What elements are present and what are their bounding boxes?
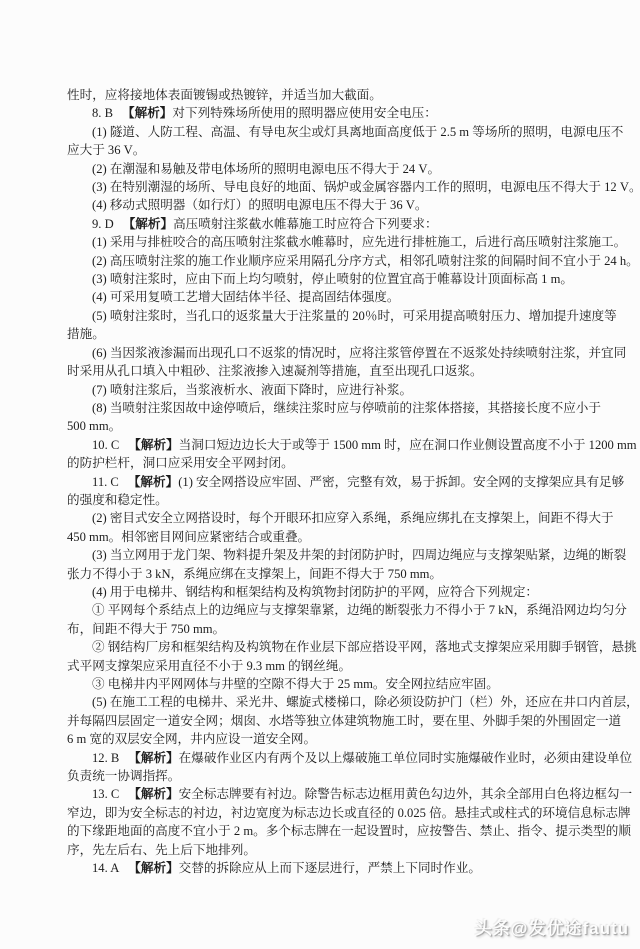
text-line: 性时，应将接地体表面镀锡或热镀锌，并适当加大截面。 bbox=[67, 86, 625, 104]
text-line: 窄边，即为安全标志的衬边，衬边宽度为标志边长或直径的 0.025 倍。悬挂式或柱… bbox=[67, 804, 625, 822]
text-segment: (2) 密目式安全立网搭设时，每个开眼环扣应穿入系绳，系绳应绑扎在支撑架上，间距… bbox=[92, 511, 614, 525]
text-line: 的防护栏杆，洞口应采用安全平网封闭。 bbox=[67, 454, 625, 472]
text-segment: (3) 当立网用于龙门架、物料提升架及井架的封闭防护时，四周边绳应与支撑架贴紧，… bbox=[92, 548, 626, 562]
text-segment: 安全标志牌要有衬边。除警告标志边框用黄色勾边外，其余全部用白色将边框勾一 bbox=[179, 787, 632, 801]
question-number: 9. D bbox=[92, 217, 114, 231]
text-line: 11. C【解析】(1) 安全网搭设应牢固、严密，完整有效，易于拆卸。安全网的支… bbox=[67, 473, 625, 491]
text-line: 时采用从孔口填入中粗砂、注浆液掺入速凝剂等措施，直至出现孔口返浆。 bbox=[67, 362, 625, 380]
text-segment: 窄边，即为安全标志的衬边，衬边宽度为标志边长或直径的 0.025 倍。悬挂式或柱… bbox=[67, 806, 631, 820]
text-segment: (4) 可采用复喷工艺增大固结体半径、提高固结体强度。 bbox=[92, 290, 400, 304]
text-line: 张力不得小于 3 kN，系绳应绑在支撑架上，间距不得大于 750 mm。 bbox=[67, 565, 625, 583]
text-segment: 负责统一协调指挥。 bbox=[67, 769, 180, 783]
text-line: (1) 隧道、人防工程、高温、有导电灰尘或灯具离地面高度低于 2.5 m 等场所… bbox=[67, 123, 625, 141]
text-segment: (3) 喷射注浆时，应由下而上均匀喷射，停止喷射的位置宜高于帷幕设计顶面标高 1… bbox=[92, 272, 573, 286]
text-line: ③ 电梯井内平网网体与井壁的空隙不得大于 25 mm。安全网拉结应牢固。 bbox=[67, 675, 625, 693]
analysis-tag: 【解析】 bbox=[123, 217, 173, 231]
question-number: 12. B bbox=[92, 751, 119, 765]
text-line: ② 钢结构厂房和框架结构及构筑物在作业层下部应搭设平网，落地式支撑架应采用脚手钢… bbox=[67, 638, 625, 656]
text-line: (2) 密目式安全立网搭设时，每个开眼环扣应穿入系绳，系绳应绑扎在支撑架上，间距… bbox=[67, 509, 625, 527]
text-line: 措施。 bbox=[67, 325, 625, 343]
text-line: (3) 当立网用于龙门架、物料提升架及井架的封闭防护时，四周边绳应与支撑架贴紧，… bbox=[67, 546, 625, 564]
question-number: 8. B bbox=[92, 106, 113, 120]
text-segment: 在爆破作业区内有两个及以上爆破施工单位同时实施爆破作业时，必须由建设单位 bbox=[179, 751, 632, 765]
analysis-tag: 【解析】 bbox=[128, 787, 178, 801]
text-segment: 500 mm。 bbox=[67, 419, 121, 433]
text-segment: 措施。 bbox=[67, 327, 105, 341]
text-segment: 性时，应将接地体表面镀锡或热镀锌，并适当加大截面。 bbox=[67, 88, 382, 102]
text-segment: 的下缘距地面的高度不宜小于 2 m。多个标志牌在一起设置时，应按警告、禁止、指令… bbox=[67, 824, 631, 838]
text-line: 450 mm。相邻密目网间应紧密结合或重叠。 bbox=[67, 528, 625, 546]
text-segment: (8) 当喷射注浆因故中途停喷后，继续注浆时应与停喷前的注浆体搭接，其搭接长度不… bbox=[92, 401, 601, 415]
text-segment: ① 平网每个系结点上的边绳应与支撑架靠紧，边绳的断裂张力不得小于 7 kN，系绳… bbox=[92, 603, 627, 617]
text-segment: (6) 当因浆液渗漏而出现孔口不返浆的情况时，应将注浆管停置在不返浆处持续喷射注… bbox=[92, 346, 626, 360]
question-number: 10. C bbox=[92, 438, 119, 452]
text-line: 序，先左后右、先上后下地排列。 bbox=[67, 841, 625, 859]
question-number: 13. C bbox=[92, 787, 119, 801]
text-line: 14. A【解析】交替的拆除应从上而下逐层进行，严禁上下同时作业。 bbox=[67, 859, 625, 877]
text-segment: 高压喷射注浆截水帷幕施工时应符合下列要求： bbox=[173, 217, 437, 231]
text-segment: 并每隔四层固定一道安全网；烟囱、水塔等独立体建筑物施工时，要在里、外脚手架的外围… bbox=[67, 714, 621, 728]
answer-explanations-text: 性时，应将接地体表面镀锡或热镀锌，并适当加大截面。8. B【解析】对下列特殊场所… bbox=[67, 86, 625, 877]
text-line: 6 m 宽的双层安全网，井内应设一道安全网。 bbox=[67, 730, 625, 748]
text-segment: 布，间距不得大于 750 mm。 bbox=[67, 622, 225, 636]
text-line: 9. D【解析】高压喷射注浆截水帷幕施工时应符合下列要求： bbox=[67, 215, 625, 233]
text-segment: 6 m 宽的双层安全网，井内应设一道安全网。 bbox=[67, 732, 316, 746]
text-segment: 当洞口短边边长大于或等于 1500 mm 时，应在洞口作业侧设置高度不小于 12… bbox=[179, 438, 637, 452]
text-segment: (2) 在潮湿和易触及带电体场所的照明电源电压不得大于 24 V。 bbox=[92, 162, 440, 176]
text-line: (7) 喷射注浆后，当浆液析水、液面下降时，应进行补浆。 bbox=[67, 381, 625, 399]
text-line: (8) 当喷射注浆因故中途停喷后，继续注浆时应与停喷前的注浆体搭接，其搭接长度不… bbox=[67, 399, 625, 417]
text-segment: 450 mm。相邻密目网间应紧密结合或重叠。 bbox=[67, 530, 310, 544]
text-segment: 式平网支撑架应采用直径不小于 9.3 mm 的钢丝绳。 bbox=[67, 659, 351, 673]
question-number: 11. C bbox=[92, 475, 119, 489]
text-line: 应大于 36 V。 bbox=[67, 141, 625, 159]
text-line: 的强度和稳定性。 bbox=[67, 491, 625, 509]
text-segment: (5) 在施工工程的电梯井、采光井、螺旋式楼梯口，除必须设防护门（栏）外，还应在… bbox=[92, 695, 639, 709]
text-line: 布，间距不得大于 750 mm。 bbox=[67, 620, 625, 638]
analysis-tag: 【解析】 bbox=[128, 438, 178, 452]
text-line: 12. B【解析】在爆破作业区内有两个及以上爆破施工单位同时实施爆破作业时，必须… bbox=[67, 749, 625, 767]
text-segment: 的强度和稳定性。 bbox=[67, 493, 168, 507]
question-number: 14. A bbox=[92, 861, 119, 875]
text-segment: 的防护栏杆，洞口应采用安全平网封闭。 bbox=[67, 456, 294, 470]
text-segment: (1) 隧道、人防工程、高温、有导电灰尘或灯具离地面高度低于 2.5 m 等场所… bbox=[92, 125, 623, 139]
text-line: (2) 在潮湿和易触及带电体场所的照明电源电压不得大于 24 V。 bbox=[67, 160, 625, 178]
scanned-document-page: 性时，应将接地体表面镀锡或热镀锌，并适当加大截面。8. B【解析】对下列特殊场所… bbox=[0, 0, 640, 949]
text-line: 8. B【解析】对下列特殊场所使用的照明器应使用安全电压： bbox=[67, 104, 625, 122]
text-line: ① 平网每个系结点上的边绳应与支撑架靠紧，边绳的断裂张力不得小于 7 kN，系绳… bbox=[67, 601, 625, 619]
text-line: 500 mm。 bbox=[67, 417, 625, 435]
text-segment: (4) 移动式照明器（如行灯）的照明电源电压不得大于 36 V。 bbox=[92, 198, 427, 212]
analysis-tag: 【解析】 bbox=[128, 475, 178, 489]
text-segment: 张力不得小于 3 kN，系绳应绑在支撑架上，间距不得大于 750 mm。 bbox=[67, 567, 442, 581]
text-line: (4) 用于电梯井、钢结构和框架结构及构筑物封闭防护的平网，应符合下列规定： bbox=[67, 583, 625, 601]
text-line: (1) 采用与排桩咬合的高压喷射注浆截水帷幕时，应先进行排桩施工，后进行高压喷射… bbox=[67, 233, 625, 251]
watermark: 头条@发优途fautu bbox=[475, 914, 629, 939]
analysis-tag: 【解析】 bbox=[122, 106, 172, 120]
text-segment: (1) 安全网搭设应牢固、严密，完整有效，易于拆卸。安全网的支撑架应具有足够 bbox=[178, 475, 624, 489]
analysis-tag: 【解析】 bbox=[128, 751, 178, 765]
text-line: 式平网支撑架应采用直径不小于 9.3 mm 的钢丝绳。 bbox=[67, 657, 625, 675]
text-line: (3) 在特别潮湿的场所、导电良好的地面、锅炉或金属容器内工作的照明，电源电压不… bbox=[67, 178, 625, 196]
text-line: (2) 高压喷射注浆的施工作业顺序应采用隔孔分序方式，相邻孔喷射注浆的间隔时间不… bbox=[67, 252, 625, 270]
text-segment: (2) 高压喷射注浆的施工作业顺序应采用隔孔分序方式，相邻孔喷射注浆的间隔时间不… bbox=[92, 254, 639, 268]
text-segment: ③ 电梯井内平网网体与井壁的空隙不得大于 25 mm。安全网拉结应牢固。 bbox=[92, 677, 499, 691]
text-segment: 交替的拆除应从上而下逐层进行，严禁上下同时作业。 bbox=[179, 861, 481, 875]
text-line: (4) 移动式照明器（如行灯）的照明电源电压不得大于 36 V。 bbox=[67, 196, 625, 214]
text-segment: (5) 喷射注浆时，当孔口的返浆量大于注浆量的 20％时，可采用提高喷射压力、增… bbox=[92, 309, 617, 323]
text-line: (4) 可采用复喷工艺增大固结体半径、提高固结体强度。 bbox=[67, 288, 625, 306]
text-line: (5) 在施工工程的电梯井、采光井、螺旋式楼梯口，除必须设防护门（栏）外，还应在… bbox=[67, 693, 625, 711]
text-line: (6) 当因浆液渗漏而出现孔口不返浆的情况时，应将注浆管停置在不返浆处持续喷射注… bbox=[67, 344, 625, 362]
text-line: (3) 喷射注浆时，应由下而上均匀喷射，停止喷射的位置宜高于帷幕设计顶面标高 1… bbox=[67, 270, 625, 288]
text-line: 10. C【解析】当洞口短边边长大于或等于 1500 mm 时，应在洞口作业侧设… bbox=[67, 436, 625, 454]
text-segment: 对下列特殊场所使用的照明器应使用安全电压： bbox=[172, 106, 436, 120]
text-segment: ② 钢结构厂房和框架结构及构筑物在作业层下部应搭设平网，落地式支撑架应采用脚手钢… bbox=[92, 640, 637, 654]
analysis-tag: 【解析】 bbox=[128, 861, 178, 875]
text-segment: 序，先左后右、先上后下地排列。 bbox=[67, 843, 256, 857]
text-segment: (1) 采用与排桩咬合的高压喷射注浆截水帷幕时，应先进行排桩施工，后进行高压喷射… bbox=[92, 235, 626, 249]
text-line: 的下缘距地面的高度不宜小于 2 m。多个标志牌在一起设置时，应按警告、禁止、指令… bbox=[67, 822, 625, 840]
text-segment: 时采用从孔口填入中粗砂、注浆液掺入速凝剂等措施，直至出现孔口返浆。 bbox=[67, 364, 483, 378]
text-segment: (3) 在特别潮湿的场所、导电良好的地面、锅炉或金属容器内工作的照明，电源电压不… bbox=[92, 180, 640, 194]
text-line: 负责统一协调指挥。 bbox=[67, 767, 625, 785]
text-segment: (4) 用于电梯井、钢结构和框架结构及构筑物封闭防护的平网，应符合下列规定： bbox=[92, 585, 538, 599]
text-segment: 应大于 36 V。 bbox=[67, 143, 145, 157]
text-segment: (7) 喷射注浆后，当浆液析水、液面下降时，应进行补浆。 bbox=[92, 383, 412, 397]
text-line: (5) 喷射注浆时，当孔口的返浆量大于注浆量的 20％时，可采用提高喷射压力、增… bbox=[67, 307, 625, 325]
text-line: 13. C【解析】安全标志牌要有衬边。除警告标志边框用黄色勾边外，其余全部用白色… bbox=[67, 785, 625, 803]
text-line: 并每隔四层固定一道安全网；烟囱、水塔等独立体建筑物施工时，要在里、外脚手架的外围… bbox=[67, 712, 625, 730]
